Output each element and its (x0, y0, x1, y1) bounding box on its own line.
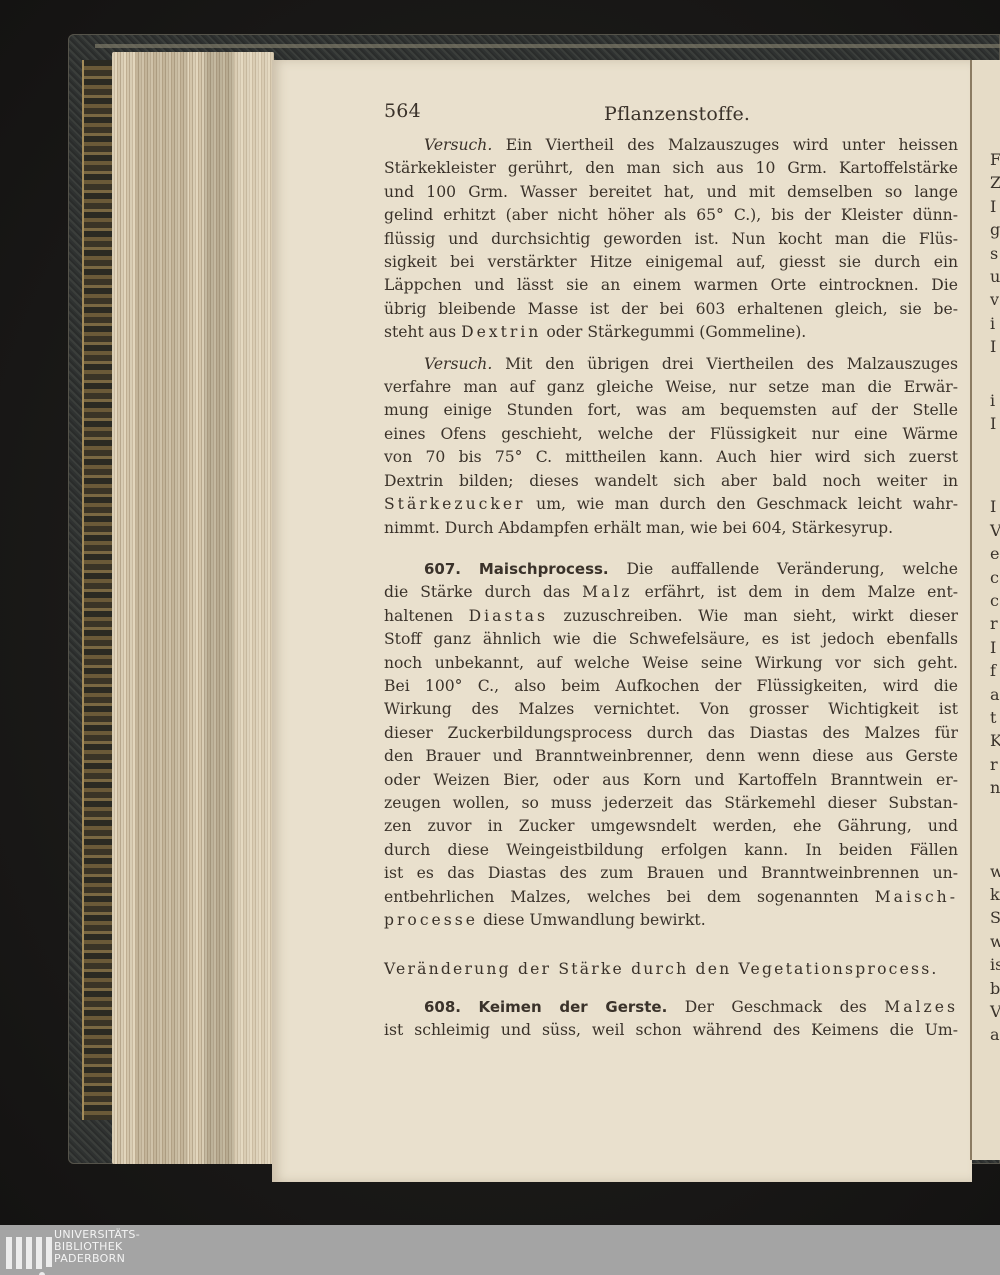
text-line: ist es das Diastas des zum Brauen und Br… (384, 862, 958, 885)
line-text: oder Stärkegummi (Gommeline). (541, 323, 806, 341)
line-text: Die auffallende Veränderung, welche (609, 560, 958, 578)
emphasis-term: Dextrin (461, 323, 541, 341)
text-line: sigkeit bei verstärkter Hitze einigemal … (384, 251, 958, 274)
next-page-fragment: F (990, 150, 1000, 170)
section-number: 608. (424, 998, 461, 1016)
line-text: steht aus (384, 323, 461, 341)
section-title: Keimen der Gerste. (478, 998, 667, 1016)
text-line: 607. Maischprocess. Die auffallende Verä… (384, 558, 958, 581)
next-page-fragment: a (990, 1025, 1000, 1045)
next-page-fragment: u (990, 267, 1000, 287)
page-block-edges (112, 52, 274, 1164)
text-line: und 100 Grm. Wasser bereitet hat, und mi… (384, 181, 958, 204)
emphasis-term: Maisch- (875, 888, 958, 906)
paragraph-versuch-2: Versuch. Mit den übrigen drei Viertheile… (384, 353, 958, 540)
emphasis-term: processe (384, 911, 478, 929)
next-page-fragment: I (990, 497, 996, 517)
next-page-fragment: S (990, 908, 1000, 928)
emphasis-term: Malzes (884, 998, 958, 1016)
next-page-fragment: k (990, 885, 1000, 905)
cover-edge (95, 44, 1000, 48)
next-page-fragment: K (990, 731, 1000, 751)
library-footer-bar: UNIVERSITÄTS- BIBLIOTHEK PADERBORN (0, 1225, 1000, 1275)
next-page-fragment: is (990, 955, 1000, 975)
text-line: Wirkung des Malzes vernichtet. Von gross… (384, 698, 958, 721)
line-text: Mit den übrigen drei Viertheilen des Mal… (492, 355, 958, 373)
running-title: Pflanzenstoffe. (604, 103, 750, 126)
paragraph-versuch-1: Versuch. Ein Viertheil des Malzauszuges … (384, 134, 958, 345)
text-line: die Stärke durch das Malz erfährt, ist d… (384, 581, 958, 604)
next-page-fragment: V (990, 1002, 1000, 1022)
text-line: Läppchen und lässt sie an einem warmen O… (384, 274, 958, 297)
next-page-fragment: I (990, 638, 996, 658)
lead-word: Versuch. (424, 355, 492, 373)
next-page-fragment: v (990, 290, 999, 310)
next-page-fragment: s (990, 244, 998, 264)
book-spine (82, 60, 115, 1120)
next-page-fragment: e (990, 544, 999, 564)
text-line: zeugen wollen, so muss jederzeit das Stä… (384, 792, 958, 815)
next-page-fragment: r (990, 614, 998, 634)
text-line: durch diese Weingeistbildung erfolgen ka… (384, 839, 958, 862)
emphasis-term: Diastas (469, 607, 548, 625)
text-line: haltenen Diastas zuzuschreiben. Wie man … (384, 605, 958, 628)
text-line: steht aus Dextrin oder Stärkegummi (Gomm… (384, 321, 958, 344)
line-text: um, wie man durch den Geschmack leicht w… (526, 495, 958, 513)
line-text: diese Umwandlung bewirkt. (478, 911, 706, 929)
line-text: die Stärke durch das (384, 583, 582, 601)
text-line: oder Weizen Bier, oder aus Korn und Kart… (384, 769, 958, 792)
emphasis-term: Malz (582, 583, 632, 601)
section-heading: Veränderung der Stärke durch den Vegetat… (384, 958, 958, 981)
section-title: Maischprocess. (479, 560, 609, 578)
text-line: Dextrin bilden; dieses wandelt sich aber… (384, 470, 958, 493)
text-line: eines Ofens geschieht, welche der Flüssi… (384, 423, 958, 446)
line-text: haltenen (384, 607, 469, 625)
text-line: dieser Zuckerbildungsprocess durch das D… (384, 722, 958, 745)
text-line: von 70 bis 75° C. mittheilen kann. Auch … (384, 446, 958, 469)
edge-shade (136, 52, 188, 1164)
next-page-fragment: n (990, 778, 1000, 798)
next-page-fragment: f (990, 661, 996, 681)
text-line: Versuch. Mit den übrigen drei Viertheile… (384, 353, 958, 376)
paragraph-607: 607. Maischprocess. Die auffallende Verä… (384, 558, 958, 933)
line-text: erfährt, ist dem in dem Malze ent- (633, 583, 958, 601)
text-line: gelind erhitzt (aber nicht höher als 65°… (384, 204, 958, 227)
line-text: zuzuschreiben. Wie man sieht, wirkt dies… (548, 607, 958, 625)
logo-line: PADERBORN (54, 1253, 140, 1265)
edge-highlight (234, 52, 274, 1164)
emphasis-term: Stärkezucker (384, 495, 526, 513)
text-line: entbehrlichen Malzes, welches bei dem so… (384, 886, 958, 909)
next-page-fragment: V (990, 521, 1000, 541)
text-line: 608. Keimen der Gerste. Der Geschmack de… (384, 996, 958, 1019)
text-line: ist schleimig und süss, weil schon währe… (384, 1019, 958, 1042)
text-line: den Brauer und Branntweinbrenner, denn w… (384, 745, 958, 768)
next-page-fragment: t (990, 708, 996, 728)
next-page-fragment: c (990, 591, 999, 611)
text-line: mung einige Stunden fort, was am bequems… (384, 399, 958, 422)
next-page-fragment: b (990, 979, 1000, 999)
text-line: übrig bleibende Masse ist der bei 603 er… (384, 298, 958, 321)
next-page-sliver: FZIgsuviIiIIVeccrIfatKrnwkSwisbVa (970, 60, 1000, 1160)
next-page-fragment: w (990, 932, 1000, 952)
next-page-fragment: I (990, 337, 996, 357)
line-text: Der Geschmack des (667, 998, 884, 1016)
page-text: 564 Pflanzenstoffe. Versuch. Ein Vierthe… (384, 100, 958, 1043)
text-line: noch unbekannt, auf welche Weise seine W… (384, 652, 958, 675)
next-page-fragment: a (990, 685, 1000, 705)
edge-shade (204, 52, 234, 1164)
text-line: Stärkekleister gerührt, den man sich aus… (384, 157, 958, 180)
next-page-fragment: g (990, 220, 1000, 240)
text-line: Stoff ganz ähnlich wie die Schwefelsäure… (384, 628, 958, 651)
text-line: Stärkezucker um, wie man durch den Gesch… (384, 493, 958, 516)
next-page-fragment: Z (990, 173, 1000, 193)
paragraph-608: 608. Keimen der Gerste. Der Geschmack de… (384, 996, 958, 1043)
next-page-fragment: w (990, 862, 1000, 882)
text-line: processe diese Umwandlung bewirkt. (384, 909, 958, 932)
text-line: flüssig und durchsichtig geworden ist. N… (384, 228, 958, 251)
next-page-fragment: r (990, 755, 998, 775)
text-line: zen zuvor in Zucker umgewsndelt werden, … (384, 815, 958, 838)
next-page-fragment: I (990, 414, 996, 434)
library-logo-text: UNIVERSITÄTS- BIBLIOTHEK PADERBORN (54, 1229, 140, 1265)
lead-word: Versuch. (424, 136, 492, 154)
next-page-fragment: c (990, 568, 999, 588)
next-page-fragment: I (990, 197, 996, 217)
page-header: 564 Pflanzenstoffe. (384, 100, 958, 134)
page-number: 564 (384, 100, 421, 123)
next-page-fragment: i (990, 314, 995, 334)
section-number: 607. (424, 560, 461, 578)
line-text: Ein Viertheil des Malzauszuges wird unte… (492, 136, 958, 154)
text-line: verfahre man auf ganz gleiche Weise, nur… (384, 376, 958, 399)
text-line: nimmt. Durch Abdampfen erhält man, wie b… (384, 517, 958, 540)
text-line: Bei 100° C., also beim Aufkochen der Flü… (384, 675, 958, 698)
next-page-fragment: i (990, 391, 995, 411)
text-line: Versuch. Ein Viertheil des Malzauszuges … (384, 134, 958, 157)
line-text: entbehrlichen Malzes, welches bei dem so… (384, 888, 875, 906)
